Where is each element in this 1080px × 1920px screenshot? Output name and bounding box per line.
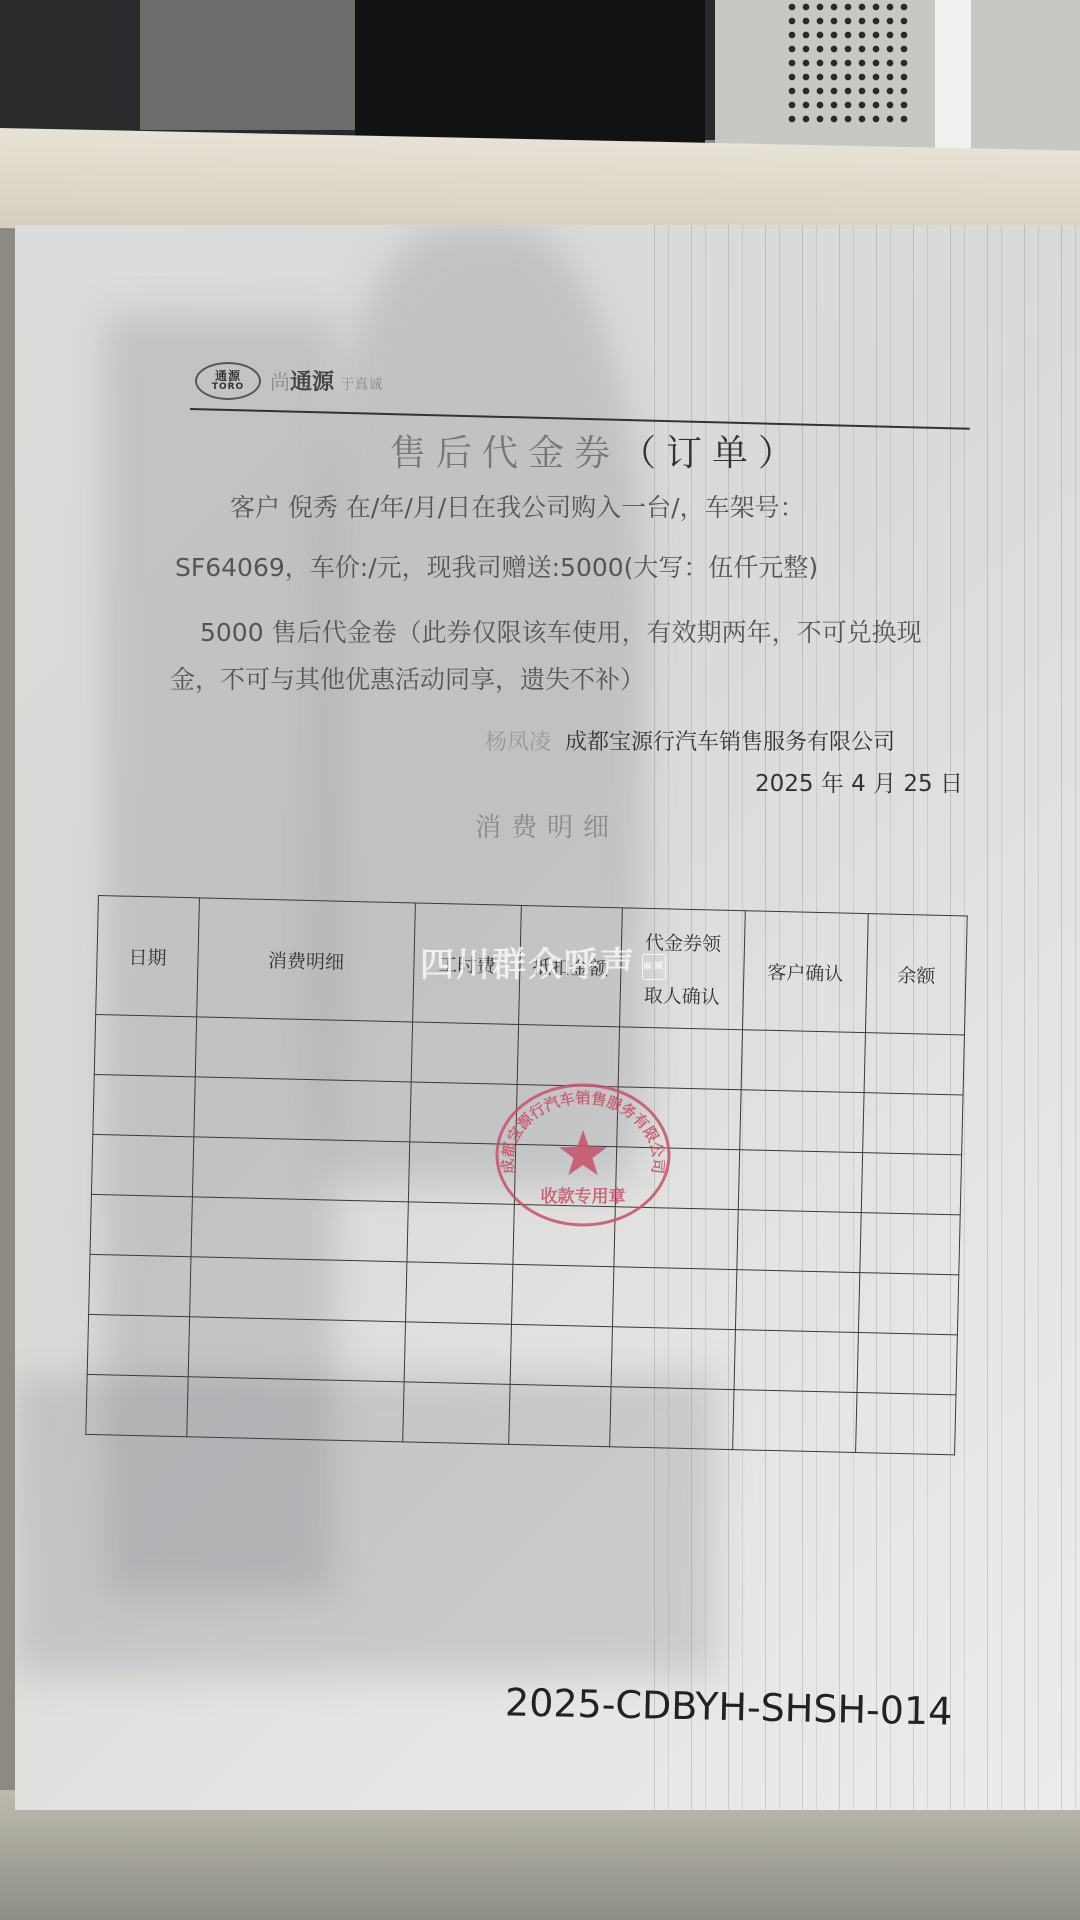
table-cell (93, 1074, 195, 1136)
logo-cn: 通源 (215, 370, 241, 382)
brand-tagline: 尚通源 于真诚 (270, 365, 382, 396)
table-cell (863, 1093, 963, 1155)
table-cell (612, 1267, 736, 1330)
body-line-2: SF64069，车价:/元，现我司赠送:5000(大写：伍仟元整) (175, 548, 818, 584)
table-cell (403, 1382, 510, 1444)
background-shelf (355, 0, 705, 150)
serial-code: 2025-CDBYH-SHSH-014 (505, 1680, 953, 1733)
table-cell (194, 1077, 411, 1142)
tagline-suffix: 于真诚 (340, 377, 382, 393)
table-cell (741, 1030, 865, 1093)
table-cell (511, 1264, 613, 1326)
body-line-4: 金，不可与其他优惠活动同享，遗失不补） (170, 660, 645, 696)
table-cell (738, 1150, 862, 1213)
table-cell (89, 1254, 191, 1316)
table-cell (857, 1333, 957, 1395)
tagline-prefix: 尚 (270, 370, 290, 394)
body-line-1: 客户 倪秀 在/年/月/日在我公司购入一台/，车架号： (230, 488, 805, 524)
table-cell (735, 1270, 859, 1333)
table-cell (734, 1330, 858, 1393)
table-cell (187, 1377, 404, 1442)
table-cell (411, 1022, 518, 1084)
watermark: 四川群众呼声麻辣 (420, 937, 666, 986)
table-cell (404, 1322, 511, 1384)
signer-name: 杨凤凌 (485, 730, 551, 755)
body-line-3: 5000 售后代金卷（此券仅限该车使用，有效期两年，不可兑换现 (200, 613, 922, 649)
watermark-text: 四川群众呼声 (420, 945, 636, 985)
star-icon (559, 1130, 607, 1175)
tagline-brand: 通源 (290, 369, 334, 395)
table-cell (864, 1033, 964, 1095)
background-wall (140, 0, 355, 130)
signature-line: 杨凤凌 成都宝源行汽车销售服务有限公司 (485, 725, 895, 756)
table-cell (861, 1153, 961, 1215)
col-date: 日期 (96, 896, 200, 1017)
table-cell (94, 1014, 196, 1076)
document-title: 售后代金券（订单） (390, 425, 804, 476)
toro-logo: 通源 TORO (195, 362, 261, 400)
table-cell (406, 1262, 513, 1324)
table-cell (740, 1090, 864, 1153)
title-main: 售后代金券 (390, 433, 620, 474)
company-name: 成都宝源行汽车销售服务有限公司 (565, 730, 895, 755)
device-grille (785, 0, 910, 125)
table-cell (510, 1324, 612, 1386)
device-strip (935, 0, 971, 160)
table-cell (611, 1327, 735, 1390)
company-stamp: 成都宝源行汽车销售服务有限公司 收款专用章 (493, 1080, 673, 1230)
col-details: 消费明细 (197, 898, 416, 1022)
table-cell (860, 1213, 960, 1275)
watermark-badge: 麻辣 (642, 954, 666, 980)
table-cell (195, 1017, 412, 1082)
table-cell (91, 1134, 193, 1196)
table-cell (87, 1314, 189, 1376)
table-cell (856, 1393, 956, 1455)
table-cell (509, 1384, 611, 1446)
table-cell (192, 1137, 409, 1202)
section-title: 消费明细 (475, 807, 619, 844)
table-cell (191, 1197, 408, 1262)
table-cell (737, 1210, 861, 1273)
col-balance: 余额 (865, 914, 967, 1035)
table-cell (90, 1194, 192, 1256)
table-cell (858, 1273, 958, 1335)
voucher-paper: 通源 TORO 尚通源 于真诚 售后代金券（订单） 客户 倪秀 在/年/月/日在… (15, 225, 1080, 1810)
table-cell (86, 1374, 188, 1436)
table-cell (733, 1390, 857, 1453)
table-cell (517, 1024, 619, 1086)
title-paren: （订单） (620, 433, 804, 474)
stamp-center-text: 收款专用章 (541, 1186, 626, 1207)
col-customer-confirm: 客户确认 (743, 911, 869, 1033)
logo-en: TORO (212, 383, 244, 392)
table-cell (190, 1257, 407, 1322)
table-cell (610, 1387, 734, 1450)
issue-date: 2025 年 4 月 25 日 (755, 765, 963, 798)
table-cell (188, 1317, 405, 1382)
